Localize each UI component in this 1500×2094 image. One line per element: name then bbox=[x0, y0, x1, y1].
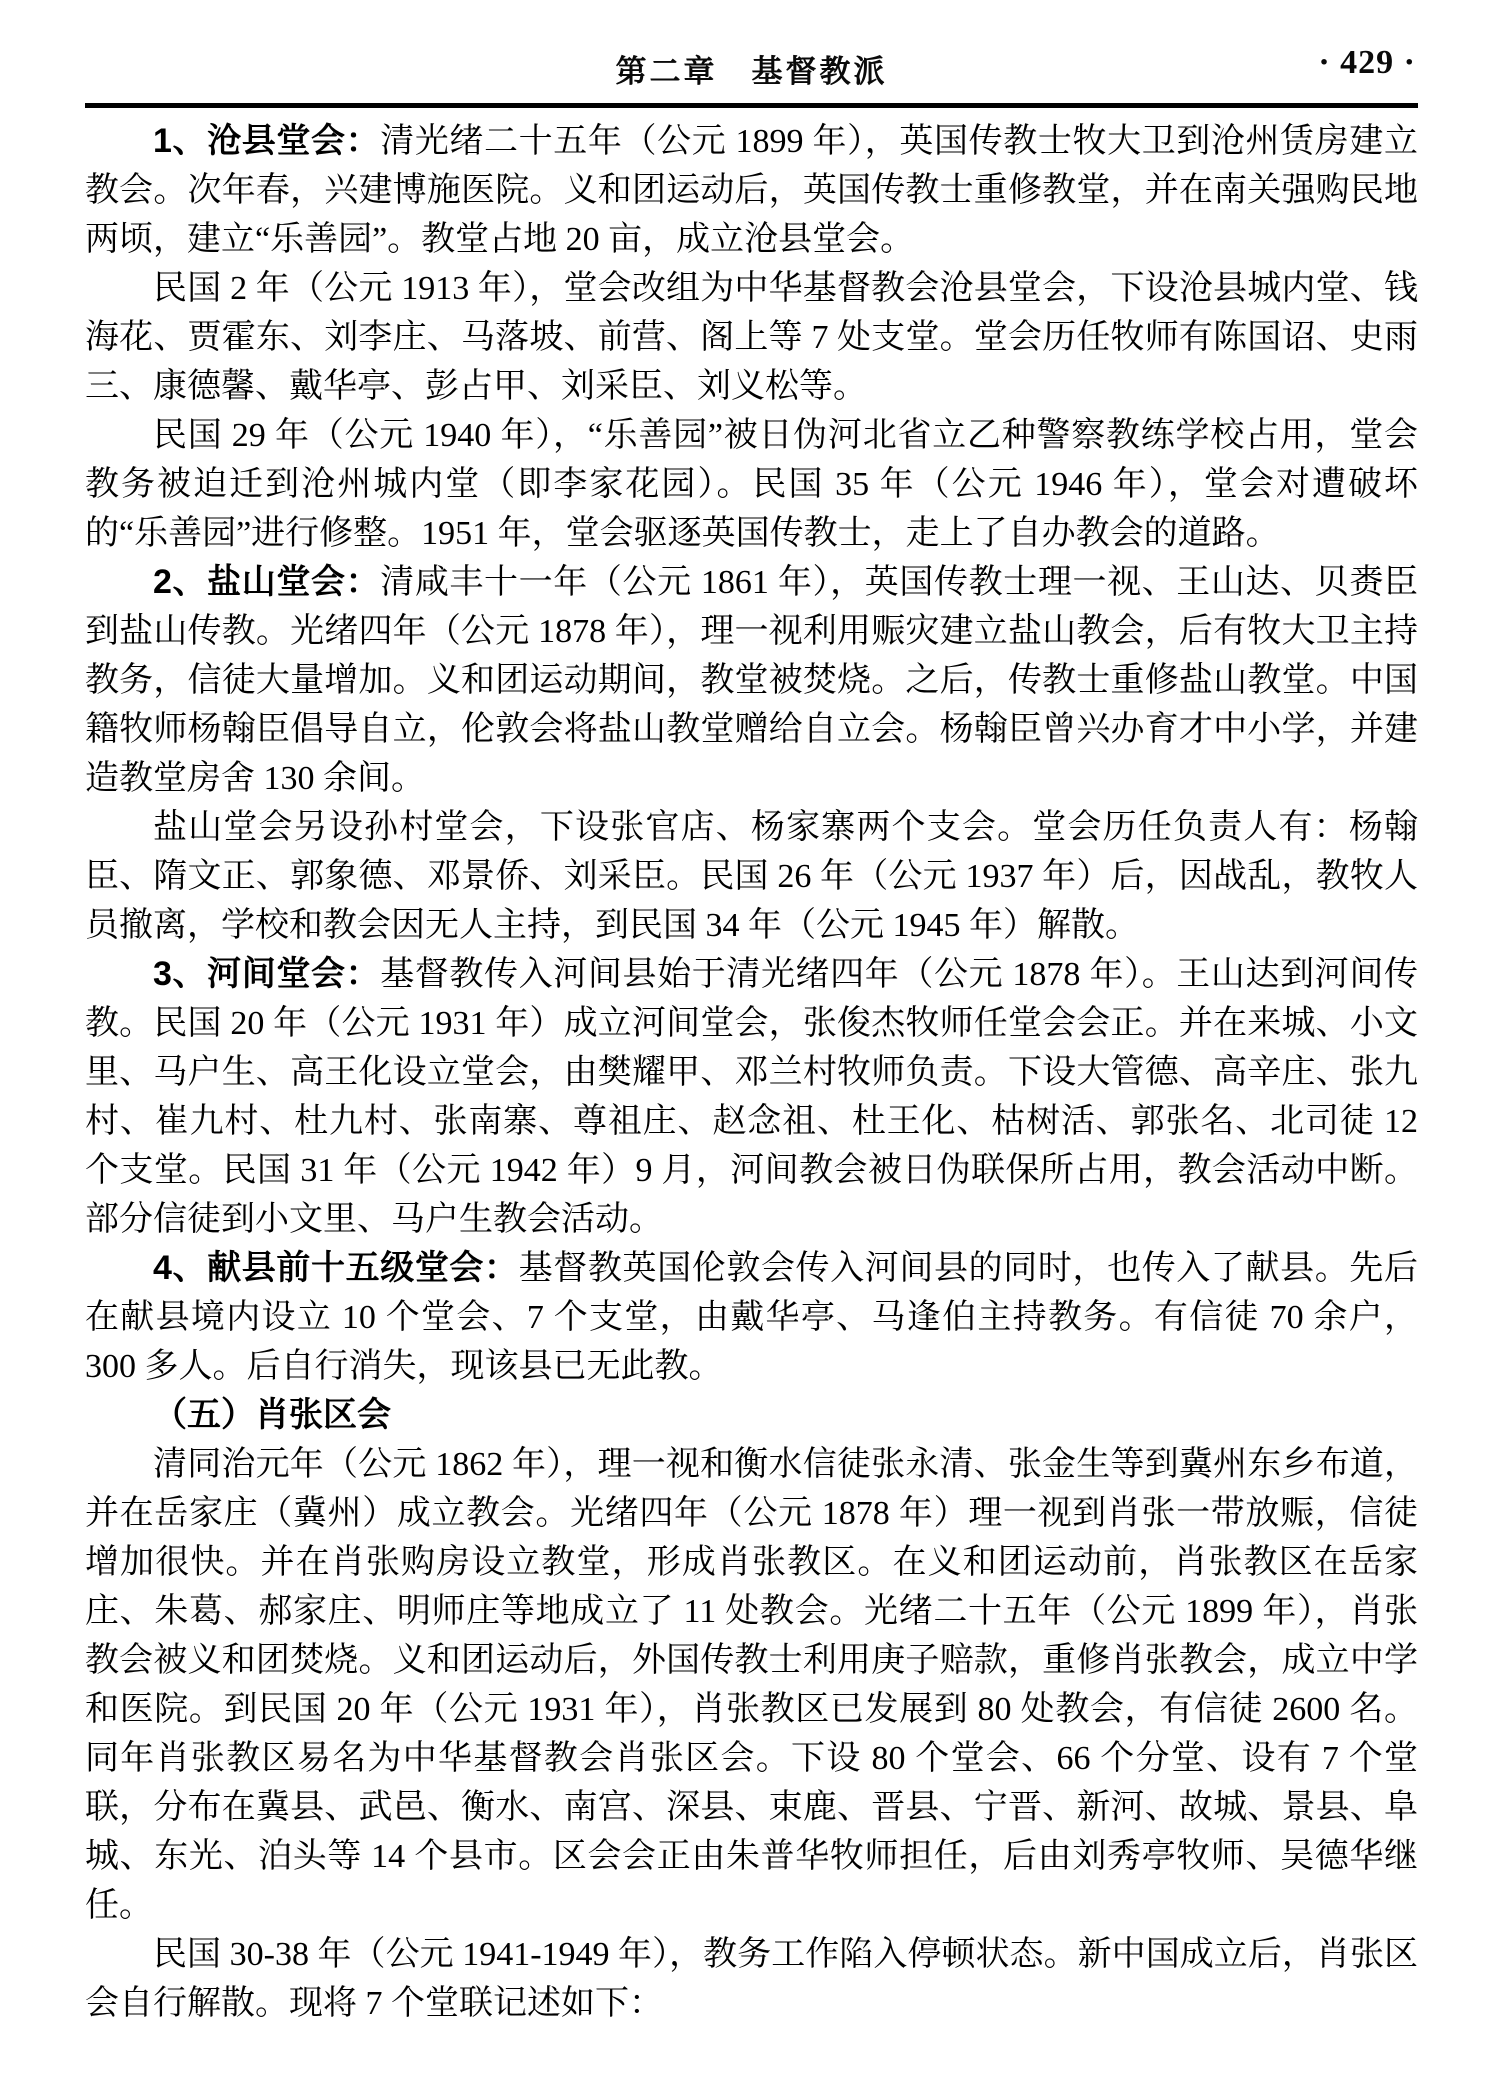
paragraph-text: 盐山堂会另设孙村堂会，下设张官店、杨家寨两个支会。堂会历任负责人有：杨翰臣、隋文… bbox=[85, 809, 1418, 944]
paragraph: 民国 30-38 年（公元 1941-1949 年），教务工作陷入停顿状态。新中… bbox=[85, 1930, 1418, 2028]
paragraph: 民国 29 年（公元 1940 年），“乐善园”被日伪河北省立乙种警察教练学校占… bbox=[85, 411, 1418, 558]
paragraph: 盐山堂会另设孙村堂会，下设张官店、杨家寨两个支会。堂会历任负责人有：杨翰臣、隋文… bbox=[85, 803, 1418, 950]
paragraph: 清同治元年（公元 1862 年），理一视和衡水信徒张永清、张金生等到冀州东乡布道… bbox=[85, 1440, 1418, 1930]
paragraph: 民国 2 年（公元 1913 年），堂会改组为中华基督教会沧县堂会，下设沧县城内… bbox=[85, 264, 1418, 411]
paragraph-lead: 4、献县前十五级堂会： bbox=[153, 1249, 519, 1287]
paragraph: 2、盐山堂会：清咸丰十一年（公元 1861 年），英国传教士理一视、王山达、贝赉… bbox=[85, 558, 1418, 803]
paragraph-text: 基督教传入河间县始于清光绪四年（公元 1878 年）。王山达到河间传教。民国 2… bbox=[85, 956, 1418, 1238]
paragraph: 4、献县前十五级堂会：基督教英国伦敦会传入河间县的同时，也传入了献县。先后在献县… bbox=[85, 1244, 1418, 1391]
page-body: 1、沧县堂会：清光绪二十五年（公元 1899 年），英国传教士牧大卫到沧州赁房建… bbox=[85, 117, 1418, 2028]
paragraph-lead: 1、沧县堂会： bbox=[153, 122, 380, 160]
paragraph-text: 民国 29 年（公元 1940 年），“乐善园”被日伪河北省立乙种警察教练学校占… bbox=[85, 417, 1418, 552]
paragraph: 1、沧县堂会：清光绪二十五年（公元 1899 年），英国传教士牧大卫到沧州赁房建… bbox=[85, 117, 1418, 264]
paragraph: 3、河间堂会：基督教传入河间县始于清光绪四年（公元 1878 年）。王山达到河间… bbox=[85, 950, 1418, 1244]
paragraph-text: 清同治元年（公元 1862 年），理一视和衡水信徒张永清、张金生等到冀州东乡布道… bbox=[85, 1446, 1418, 1924]
paragraph-text: 民国 30-38 年（公元 1941-1949 年），教务工作陷入停顿状态。新中… bbox=[85, 1936, 1418, 2022]
page-header: 第二章 基督教派 · 429 · bbox=[85, 44, 1418, 90]
section-heading: （五）肖张区会 bbox=[85, 1391, 1418, 1440]
paragraph-lead: 3、河间堂会： bbox=[153, 955, 380, 993]
page-number: · 429 · bbox=[1318, 44, 1416, 82]
chapter-title: 第二章 基督教派 bbox=[85, 46, 1418, 91]
book-page: 第二章 基督教派 · 429 · 1、沧县堂会：清光绪二十五年（公元 1899 … bbox=[0, 0, 1500, 2094]
header-rule bbox=[85, 103, 1418, 108]
paragraph-text: 民国 2 年（公元 1913 年），堂会改组为中华基督教会沧县堂会，下设沧县城内… bbox=[85, 270, 1418, 405]
paragraph-lead: 2、盐山堂会： bbox=[153, 563, 380, 601]
